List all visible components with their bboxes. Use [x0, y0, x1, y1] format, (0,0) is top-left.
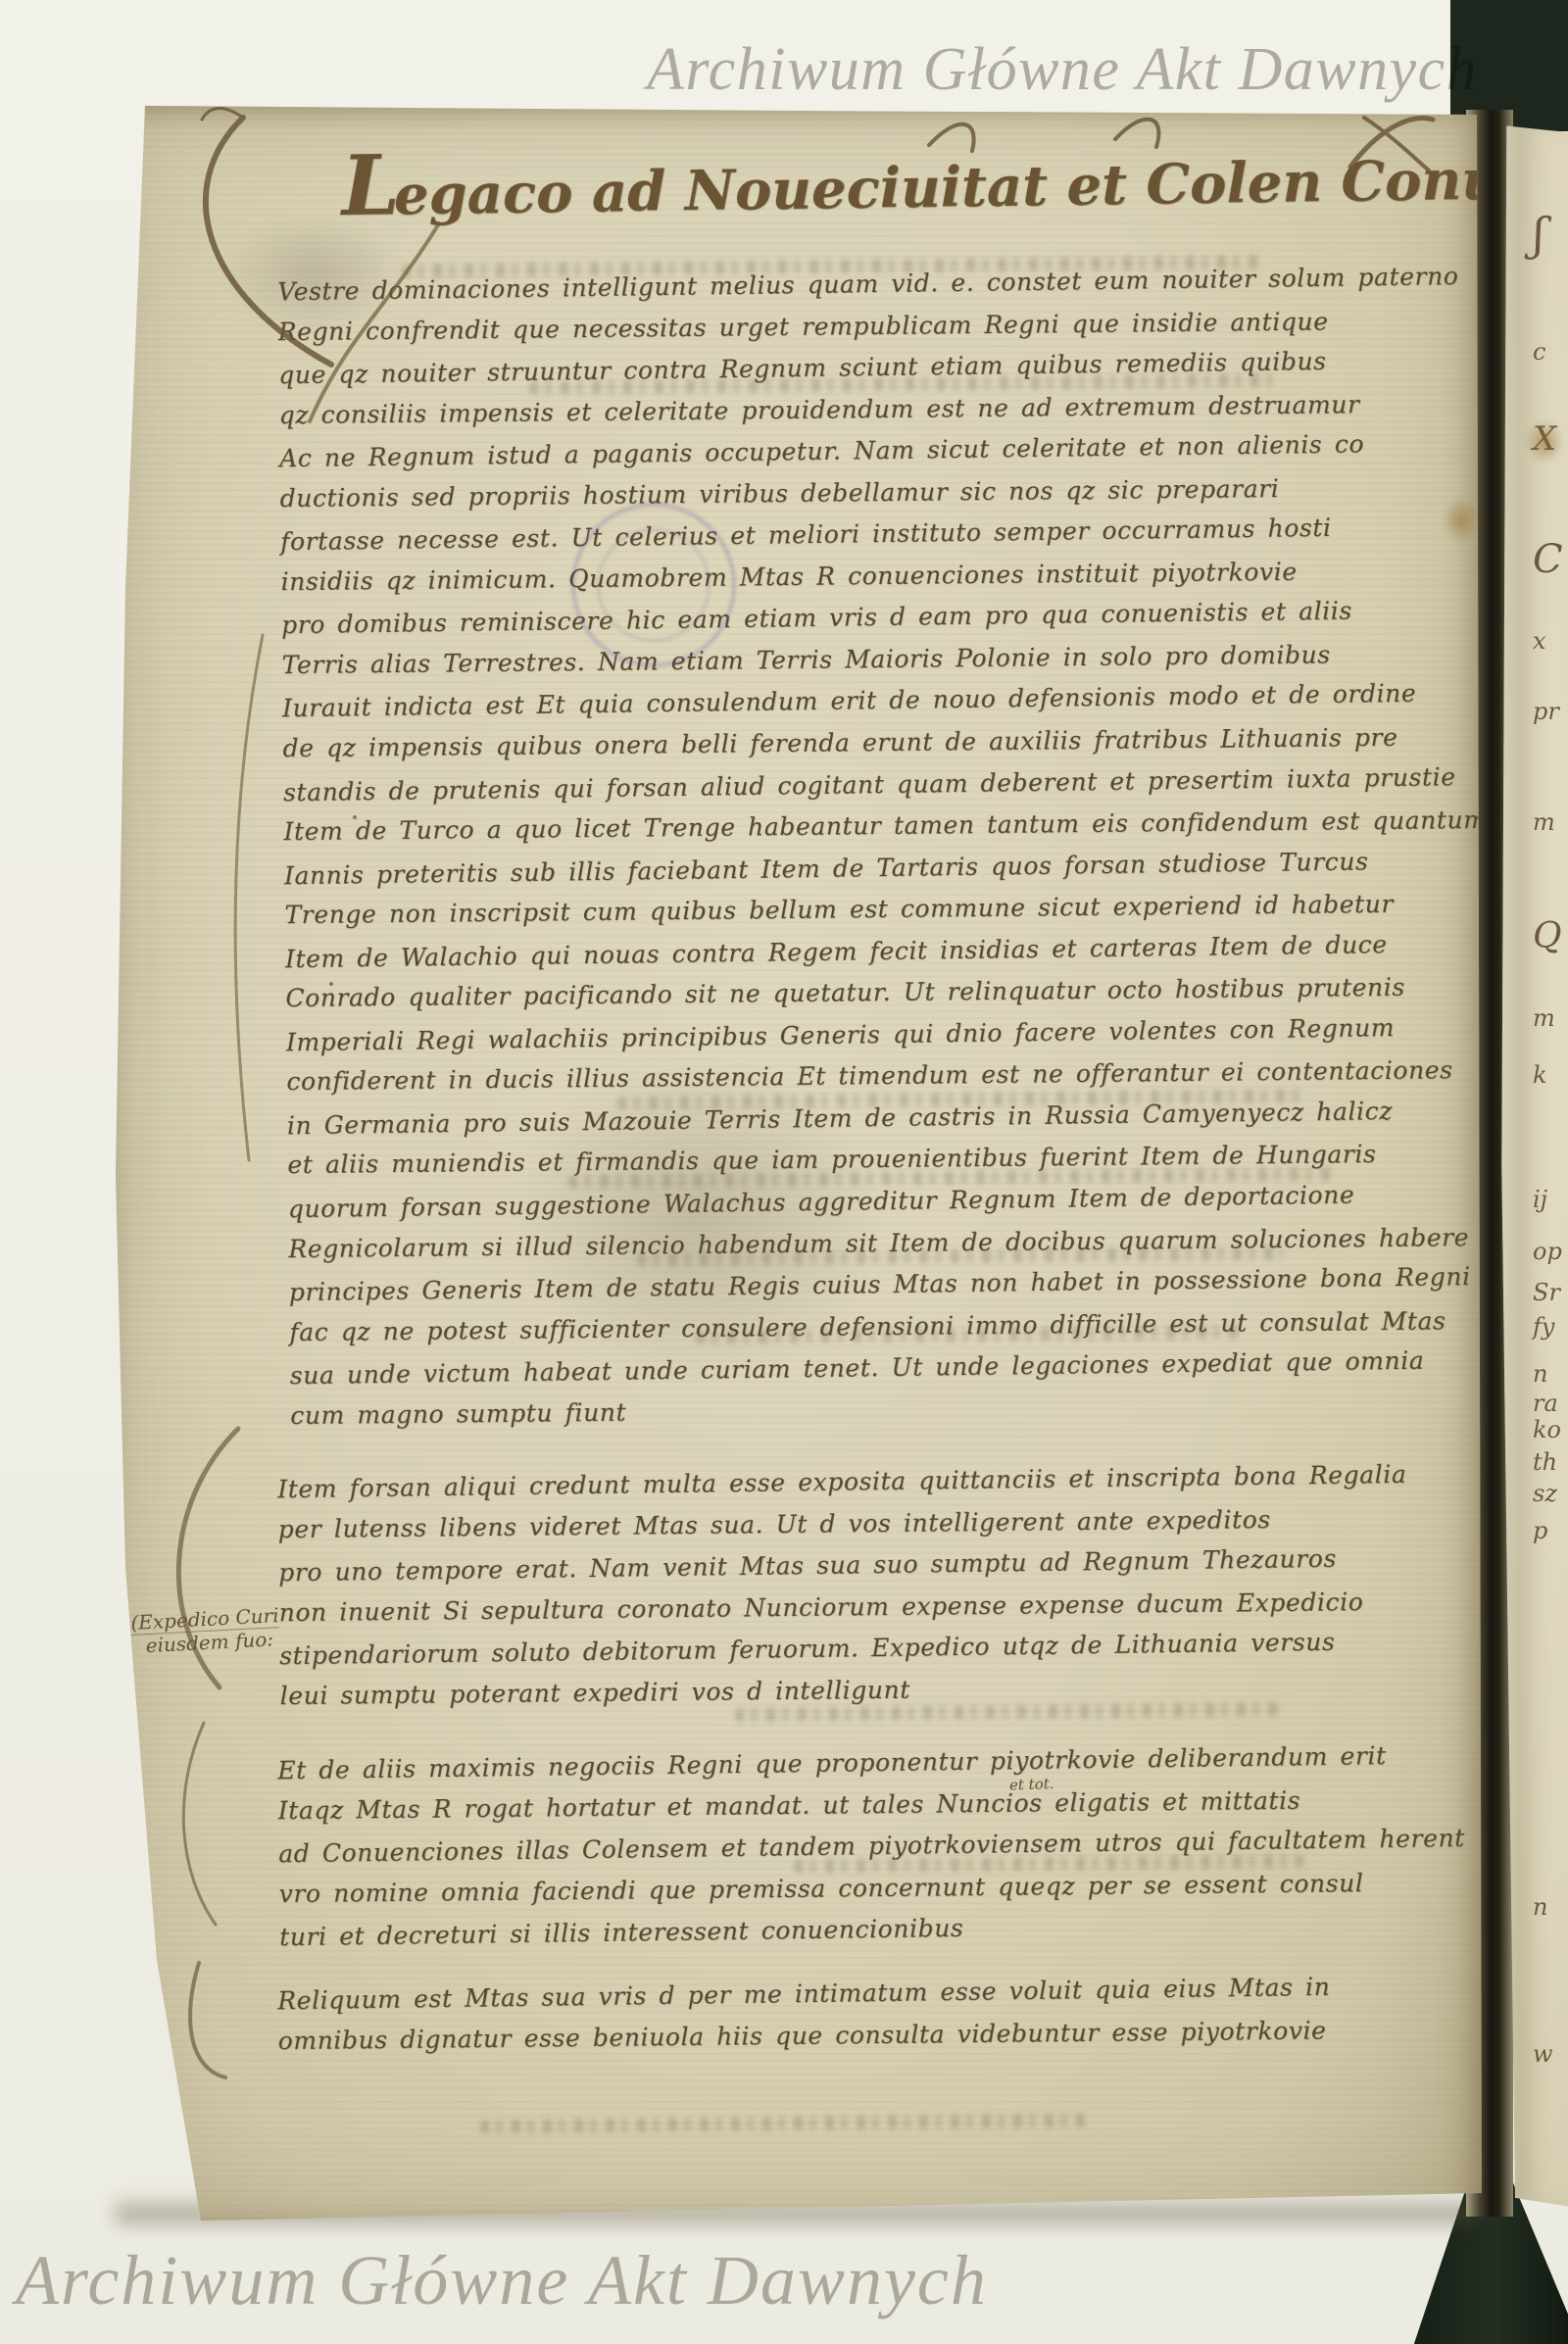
- adjacent-page-text-fragment: n: [1533, 1360, 1547, 1388]
- adjacent-page-text-fragment: ʃ: [1533, 208, 1545, 261]
- adjacent-page-text-fragment: n: [1533, 1893, 1547, 1921]
- adjacent-page-text-fragment: sz: [1533, 1480, 1557, 1507]
- bleedthrough-ghost: [480, 2114, 1088, 2133]
- adjacent-page-text-fragment: p: [1533, 1517, 1547, 1544]
- adjacent-page-text-fragment: ko: [1533, 1416, 1561, 1443]
- manuscript-paragraph: Item forsan aliqui credunt multa esse ex…: [277, 1454, 1486, 1718]
- adjacent-page-text-fragment: m: [1533, 808, 1555, 836]
- adjacent-page-text-fragment: ra: [1533, 1390, 1558, 1417]
- manuscript-page: Legaco ad Noueciuitat et Colen Conuencio…: [108, 98, 1482, 2226]
- adjacent-page-text-fragment: k: [1533, 1061, 1547, 1089]
- ink-stain: [1525, 419, 1564, 464]
- adjacent-page-text-fragment: op: [1533, 1238, 1562, 1265]
- adjacent-page-text-fragment: C: [1533, 537, 1563, 582]
- scanned-manuscript-view: { "archive": { "watermark_text": "Archiw…: [0, 0, 1568, 2344]
- adjacent-page-text-fragment: th: [1533, 1448, 1557, 1476]
- adjacent-page-text-fragment: w: [1533, 2040, 1553, 2068]
- archive-watermark-top: Archiwum Główne Akt Dawnych: [647, 35, 1478, 105]
- adjacent-page-text-fragment: ij: [1533, 1186, 1547, 1213]
- adjacent-page-text-fragment: c: [1533, 338, 1545, 366]
- marginal-note: (Expedico Curi eiusdem fuo:: [130, 1603, 281, 1658]
- adjacent-page-text-fragment: Sr: [1533, 1279, 1560, 1306]
- adjacent-page-text-fragment: fy: [1533, 1313, 1554, 1341]
- manuscript-paragraph: Et de aliis maximis negociis Regni que p…: [277, 1735, 1485, 1958]
- manuscript-paragraph: Vestre dominaciones intelligunt melius q…: [277, 257, 1495, 1438]
- manuscript-heading: Legaco ad Noueciuitat et Colen Conuencio…: [341, 126, 1518, 229]
- adjacent-page-text-fragment: x: [1533, 627, 1546, 655]
- archive-round-stamp: [571, 503, 736, 667]
- adjacent-page-text-fragment: Q: [1533, 916, 1562, 956]
- adjacent-page-text-fragment: pr: [1533, 698, 1559, 725]
- interlinear-note: et tot.: [1009, 1775, 1054, 1794]
- adjacent-page-text-fragment: m: [1533, 1004, 1555, 1032]
- archive-watermark-bottom: Archiwum Główne Akt Dawnych: [16, 2240, 988, 2321]
- manuscript-paragraph: Reliquum est Mtas sua vris d per me inti…: [277, 1966, 1484, 2063]
